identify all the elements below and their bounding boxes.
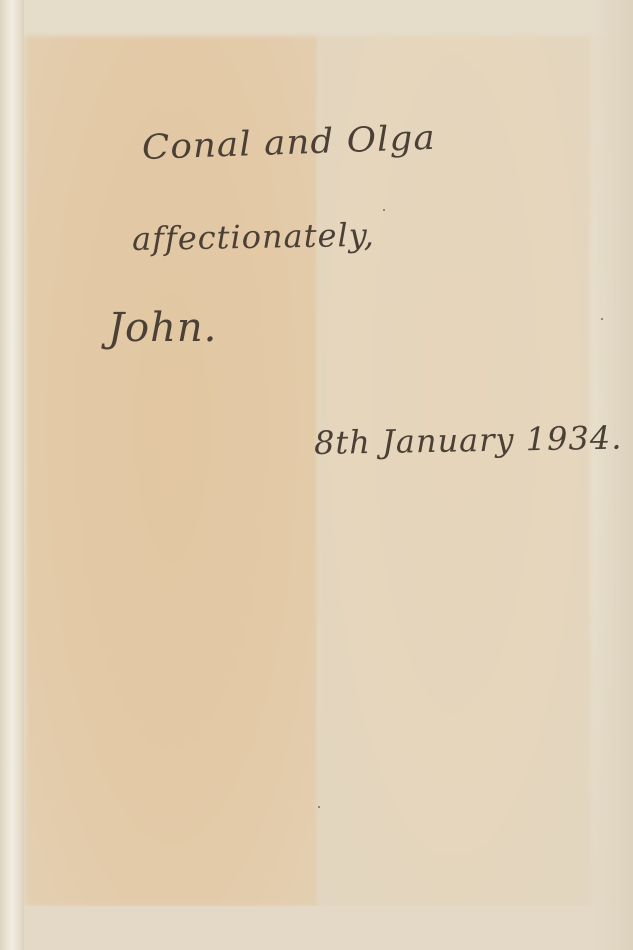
ink-speck xyxy=(601,318,603,320)
ink-speck xyxy=(318,806,320,808)
inscription-signature: John. xyxy=(108,305,217,351)
page-bottom-margin xyxy=(24,906,633,950)
page-right-edge xyxy=(593,0,633,950)
binding-gutter xyxy=(0,0,24,950)
ink-speck xyxy=(383,209,385,211)
inscription-date: 8th January 1934. xyxy=(314,419,623,462)
inscription-sentiment: affectionately, xyxy=(132,216,375,258)
offset-stain-right xyxy=(318,36,590,906)
book-endpaper: Conal and Olga affectionately, John. 8th… xyxy=(0,0,633,950)
page-top-margin xyxy=(24,0,633,36)
